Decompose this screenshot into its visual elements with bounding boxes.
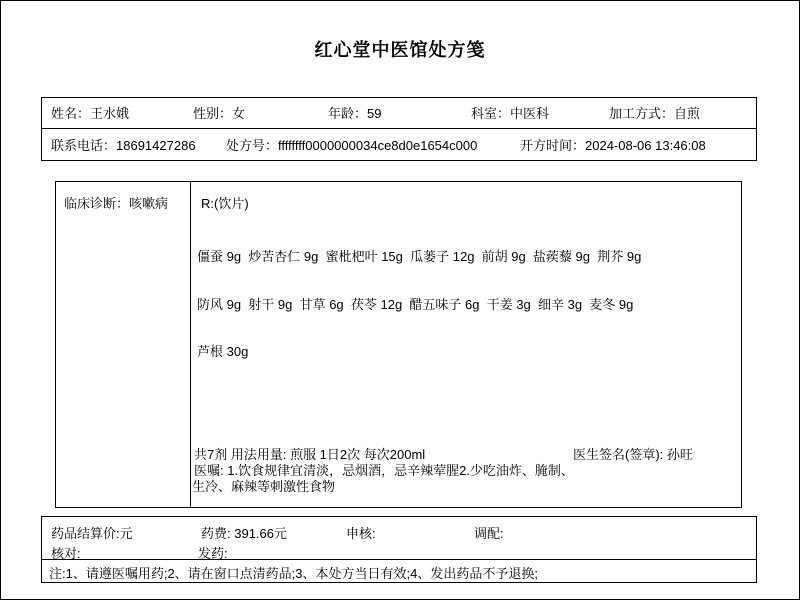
rx-header: R:(饮片) <box>201 193 249 212</box>
phone-field: 联系电话：18691427286 <box>51 130 196 161</box>
processing-method-field: 加工方式：自煎 <box>609 98 700 129</box>
processing-method-value: 自煎 <box>674 106 700 121</box>
diagnosis-cell <box>56 182 191 507</box>
patient-age-label: 年龄： <box>328 106 367 121</box>
doctor-signature-value: 孙旺 <box>667 447 693 462</box>
issue-time-field: 开方时间：2024-08-06 13:46:08 <box>520 130 706 161</box>
phone-label: 联系电话： <box>51 138 116 153</box>
issue-time-label: 开方时间： <box>520 138 585 153</box>
page-title: 红心堂中医馆处方笺 <box>0 36 800 62</box>
rx-number-field: 处方号：ffffffff0000000034ce8d0e1654c000 <box>226 130 477 161</box>
patient-gender-value: 女 <box>232 106 245 121</box>
settle-price-value: 元 <box>120 526 133 541</box>
patient-info-row-1: 姓名：王水娥 性别：女 年龄：59 科室：中医科 加工方式：自煎 <box>42 98 756 129</box>
fee-field: 药费: 391.66元 <box>201 523 287 542</box>
doctor-signature-label: 医生签名(签章): <box>573 447 667 462</box>
patient-info-table: 姓名：王水娥 性别：女 年龄：59 科室：中医科 加工方式：自煎 联系电话：18… <box>41 97 757 161</box>
patient-gender-label: 性别： <box>193 106 232 121</box>
medical-advice-line-2: 生冷、麻辣等刺激性食物 <box>192 476 335 495</box>
note-divider <box>42 559 756 560</box>
department-field: 科室：中医科 <box>471 98 549 129</box>
diagnosis-value: 咳嗽病 <box>129 196 168 211</box>
fee-label: 药费: <box>201 526 234 541</box>
fee-value: 391.66元 <box>234 526 287 541</box>
rx-number-value: ffffffff0000000034ce8d0e1654c000 <box>278 138 477 153</box>
issue-time-value: 2024-08-06 13:46:08 <box>585 138 706 153</box>
rx-number-label: 处方号： <box>226 138 278 153</box>
patient-name-field: 姓名：王水娥 <box>51 98 129 129</box>
settlement-box: 药品结算价:元 药费: 391.66元 申核: 调配: 核对: 发药: 注:1、… <box>41 516 757 583</box>
patient-age-field: 年龄：59 <box>328 98 381 129</box>
doctor-signature-field: 医生签名(签章): 孙旺 <box>573 444 693 463</box>
diagnosis-field: 临床诊断：咳嗽病 <box>64 193 168 212</box>
settle-price-field: 药品结算价:元 <box>51 523 133 542</box>
herb-line-3: 芦根 30g <box>197 341 248 360</box>
department-value: 中医科 <box>510 106 549 121</box>
phone-value: 18691427286 <box>116 138 196 153</box>
patient-name-label: 姓名： <box>51 106 90 121</box>
footer-note: 注:1、请遵医嘱用药;2、请在窗口点清药品;3、本处方当日有效;4、发出药品不予… <box>49 563 538 582</box>
patient-gender-field: 性别：女 <box>193 98 245 129</box>
patient-info-row-2: 联系电话：18691427286 处方号：ffffffff0000000034c… <box>42 130 756 161</box>
patient-name-value: 王水娥 <box>90 106 129 121</box>
review-field: 申核: <box>346 523 376 542</box>
herb-line-1: 僵蚕 9g 炒苦杏仁 9g 蜜枇杷叶 15g 瓜蒌子 12g 前胡 9g 盐蒺藜… <box>197 246 641 265</box>
processing-method-label: 加工方式： <box>609 106 674 121</box>
patient-age-value: 59 <box>367 106 381 121</box>
diagnosis-label: 临床诊断： <box>64 196 129 211</box>
settle-price-label: 药品结算价: <box>51 526 120 541</box>
dispense-field: 调配: <box>474 523 504 542</box>
prescription-box: 临床诊断：咳嗽病 R:(饮片) 僵蚕 9g 炒苦杏仁 9g 蜜枇杷叶 15g 瓜… <box>55 181 742 508</box>
herb-line-2: 防风 9g 射干 9g 甘草 6g 茯苓 12g 醋五味子 6g 干姜 3g 细… <box>197 294 633 313</box>
department-label: 科室： <box>471 106 510 121</box>
